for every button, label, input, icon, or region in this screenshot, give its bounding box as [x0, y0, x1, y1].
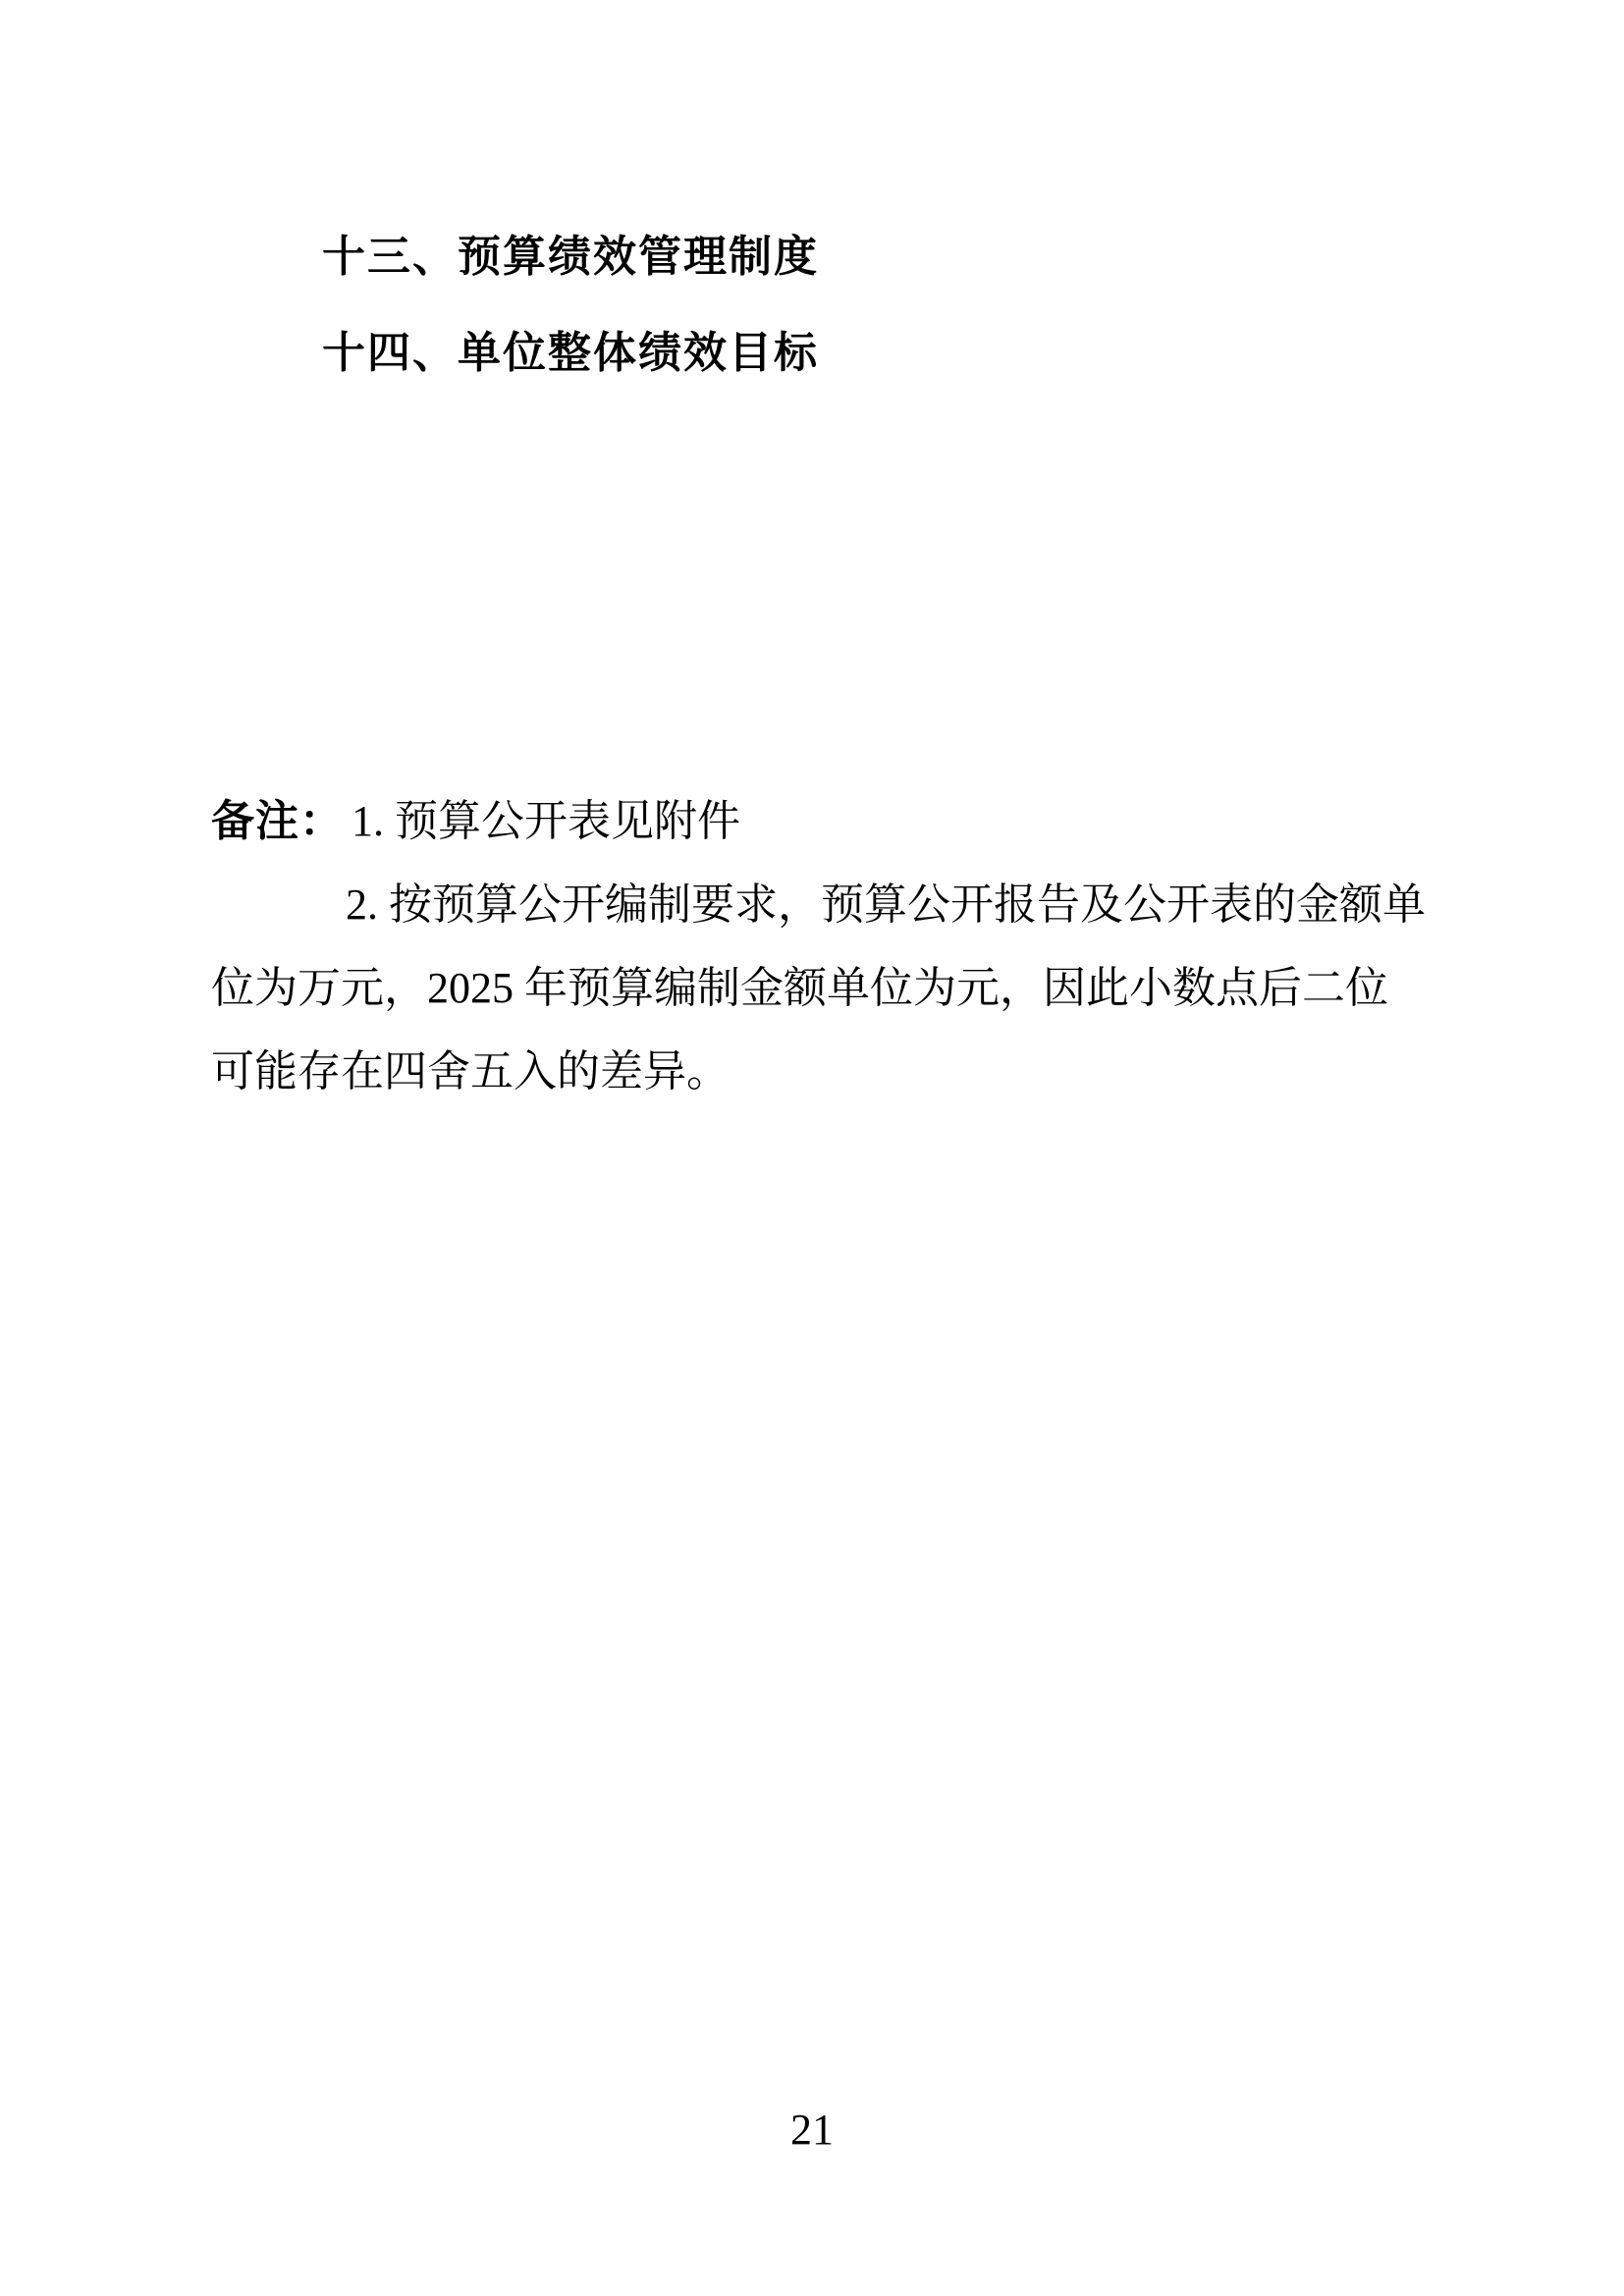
- remarks-label: 备注：: [211, 796, 344, 846]
- remarks-line-3: 位为万元，2025 年预算编制金额单位为元，因此小数点后二位: [211, 946, 1429, 1030]
- remarks-text-1: 1. 预算公开表见附件: [352, 797, 740, 845]
- remarks-line-1: 备注：1. 预算公开表见附件: [211, 779, 1429, 863]
- remarks-block: 备注：1. 预算公开表见附件 2. 按预算公开编制要求，预算公开报告及公开表的金…: [211, 779, 1429, 1113]
- section-heading-13: 十三、预算绩效管理制度: [322, 234, 819, 281]
- page-number: 21: [0, 2107, 1624, 2154]
- remarks-line-2: 2. 按预算公开编制要求，预算公开报告及公开表的金额单: [211, 863, 1429, 946]
- document-page: 十三、预算绩效管理制度 十四、单位整体绩效目标 备注：1. 预算公开表见附件 2…: [0, 0, 1624, 2296]
- remarks-line-4: 可能存在四舍五入的差异。: [211, 1030, 1429, 1113]
- section-heading-14: 十四、单位整体绩效目标: [322, 330, 819, 377]
